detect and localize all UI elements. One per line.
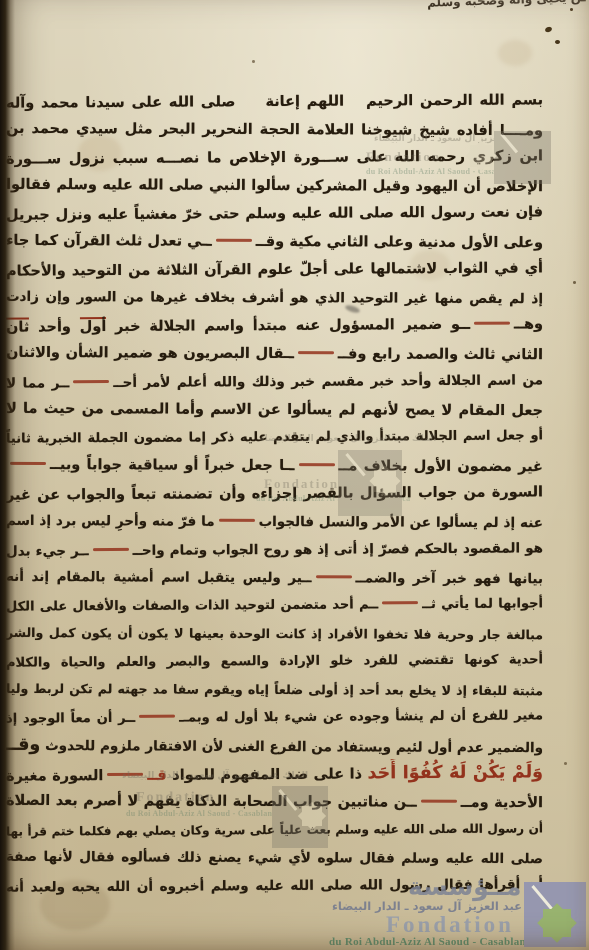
manuscript-line: والضمير عدم أول لئيم ويستفاد من الفرع ال… (6, 731, 543, 761)
red-dash-mark (73, 380, 109, 383)
manuscript-line: هو المقصود بالحكم فصرّ إذ أتى إذ هو روح … (6, 534, 543, 565)
red-dash-mark (298, 351, 334, 354)
text-segment: ذا على ضد المفهوم للمواد (167, 766, 368, 783)
manuscript-line: وَلَمْ يَكُنْ لَهُ كُفُوًا أَحَد ذا على … (6, 758, 543, 789)
red-dash-mark (421, 800, 457, 803)
text-segment: الإخلاص أن اليهود وقيل المشركين سألوا ال… (6, 177, 543, 201)
ink-spot (573, 281, 576, 284)
red-dash-mark (93, 548, 129, 551)
manuscript-line: جعل المقام لا يصح لأنهم لم يسألوا عن الا… (6, 395, 543, 425)
text-segment: صلى الله عليه وسلم فقال سلوه لأي شيء يصن… (6, 849, 543, 873)
red-dash-mark (107, 773, 143, 776)
text-segment: أحدية كونها تقتضي للفرد خلو الإرادة والس… (6, 652, 543, 670)
text-segment: غير مضمون الأول بخلاف مــ (338, 458, 543, 475)
ink-spot (570, 8, 573, 11)
manuscript-line: غير مضمون الأول بخلاف مــــا جعل خبراً أ… (6, 451, 543, 481)
text-segment: مبالغة جار وحرية فلا تخفوا الأفراد إذ كا… (6, 625, 543, 649)
red-dash-mark (474, 322, 510, 325)
fondation-star-icon (543, 909, 571, 937)
red-dash-mark (316, 575, 352, 578)
fondation-wordmark: Fondation (386, 912, 514, 938)
text-segment: وأحد (29, 319, 80, 335)
manuscript-line: أن رسول الله صلى الله عليه وسلم بعث عليا… (6, 814, 543, 845)
manuscript-line: بيانها فهو خبر آخر والضمــــير وليس يتقب… (6, 563, 543, 593)
text-segment: اللهم إعانة (265, 94, 344, 110)
text-segment: وهــ (514, 316, 543, 332)
red-dash-mark (139, 715, 175, 718)
text-segment: فإن نعت رسول الله صلى الله عليه وسلم حتى… (6, 204, 543, 229)
red-dash-mark (382, 601, 418, 604)
paper-stain (498, 40, 532, 66)
manuscript-line: الثاني ثالث والصمد رابع وفــــقال البصري… (6, 339, 543, 369)
text-gap (344, 104, 366, 105)
manuscript-line: فإن نعت رسول الله صلى الله عليه وسلم حتى… (6, 198, 543, 229)
manuscript-line: أن أقرأها فقال رسول الله صلى الله عليه و… (6, 870, 543, 901)
text-segment: أول (80, 317, 107, 335)
manuscript-line: أي في الثواب لاشتمالها على أجلّ علوم الق… (6, 254, 543, 285)
text-segment: وعلى الأول مدنية وعلى الثاني مكية وقــ (256, 234, 543, 251)
manuscript-line: الإخلاص أن اليهود وقيل المشركين سألوا ال… (6, 171, 543, 201)
text-segment: الثاني ثالث والصمد رابع وفــ (338, 346, 543, 363)
text-segment: بيانها فهو خبر آخر والضمــ (356, 570, 544, 587)
manuscript-line: الأحدية ومــــن مناتبين جواب الصحابة الذ… (6, 787, 543, 817)
text-segment: أن أقرأها فقال رسول الله صلى الله عليه و… (6, 876, 543, 901)
manuscript-line: وهــــو ضمير المسؤول عنه مبتدأ واسم الجل… (6, 310, 543, 341)
text-segment: مثبتة للبقاء إذ لا يخلع بعد أحد إذ أولى … (6, 681, 543, 705)
fondation-subtitle: du Roi Abdul-Aziz Al Saoud - Casablanca (329, 936, 537, 948)
manuscript-line: مغير للفرع أن لم ينشأ وجوده عن شيء بلا أ… (6, 702, 543, 733)
header-note: ـن يحيى وآله وصحبه وسلم (427, 0, 586, 10)
red-dash-mark (216, 239, 252, 242)
text-segment: ومــــا أفاده شيخ شيوخنا العلامة الحجة ا… (6, 121, 543, 145)
manuscript-line: ومــــا أفاده شيخ شيوخنا العلامة الحجة ا… (6, 115, 543, 145)
manuscript-line: بسم الله الرحمن الرحيماللهم إعانةصلى الل… (6, 86, 543, 117)
text-segment: السورة من جواب السؤال بالقصر إجزاءه وأن … (6, 484, 543, 509)
ink-spot (252, 60, 255, 63)
red-dash-mark (299, 463, 335, 466)
manuscript-line: صلى الله عليه وسلم فقال سلوه لأي شيء يصن… (6, 843, 543, 873)
text-segment: وَلَمْ يَكُنْ لَهُ كُفُوًا أَحَد (367, 762, 543, 783)
binding-gutter-shadow (0, 0, 15, 950)
text-segment: ــا جعل خبراً أو سياقية جواباً وبيــ (50, 457, 295, 474)
manuscript-line: السورة من جواب السؤال بالقصر إجزاءه وأن … (6, 478, 543, 509)
ink-spot (564, 762, 567, 765)
text-segment: من اسم الجلالة وأحد خبر مقسم خبر وذلك وا… (113, 372, 543, 391)
text-segment: ابن زكري رحمه الله على ســـورة الإخلاص م… (6, 148, 543, 167)
text-segment: عنه إذ لم يسألوا عن الأمر والنسل فالجواب (259, 514, 543, 531)
manuscript-line: وعلى الأول مدنية وعلى الثاني مكية وقــــ… (6, 227, 543, 257)
text-segment: أن رسول الله صلى الله عليه وسلم بعث عليا… (6, 821, 543, 845)
fondation-arabic-line: الملك عبد العزيز آل سعود ـ الدار البيضاء (332, 899, 557, 913)
text-segment: بسم الله الرحمن الرحيم (366, 92, 543, 109)
ink-spot (555, 40, 560, 44)
manuscript-line: مثبتة للبقاء إذ لا يخلع بعد أحد إذ أولى … (6, 675, 543, 705)
manuscript-line: أو جعل اسم الجلالة مبتدأ والذي لم يتقدم … (6, 422, 543, 453)
text-segment: أو جعل اسم الجلالة مبتدأ والذي لم يتقدم … (6, 428, 543, 453)
ink-spot (544, 26, 552, 33)
red-dash-mark (10, 462, 46, 465)
red-dash-mark (219, 519, 255, 522)
manuscript-text-block: بسم الله الرحمن الرحيماللهم إعانةصلى الل… (6, 88, 543, 900)
manuscript-line: مبالغة جار وحرية فلا تخفوا الأفراد إذ كا… (6, 619, 543, 649)
text-segment: مغير للفرع أن لم ينشأ وجوده عن شيء بلا أ… (179, 708, 543, 725)
manuscript-line: من اسم الجلالة وأحد خبر مقسم خبر وذلك وا… (6, 366, 543, 397)
manuscript-line: عنه إذ لم يسألوا عن الأمر والنسل فالجواب… (6, 507, 543, 537)
text-segment: والضمير عدم أول لئيم ويستفاد من الفرع ال… (40, 738, 543, 756)
manuscript-line: إذ لم يقص منها غير التوحيد الذي هو أشرف … (6, 283, 543, 313)
text-segment: هو المقصود بالحكم فصرّ إذ أتى إذ هو روح … (133, 540, 543, 559)
manuscript-page: ـن يحيى وآله وصحبه وسلم بسم الله الرحمن … (0, 0, 589, 950)
text-gap (235, 105, 265, 106)
text-segment: أي في الثواب لاشتمالها على أجلّ علوم الق… (6, 260, 543, 285)
text-segment: أجوابها لما يأتي ثــ (422, 596, 543, 612)
text-segment: الأحدية ومــ (461, 795, 543, 811)
manuscript-line: أجوابها لما يأتي ثــــم أحد متضمن لتوحيد… (6, 590, 543, 621)
manuscript-line: ابن زكري رحمه الله على ســـورة الإخلاص م… (6, 142, 543, 173)
text-segment: إذ لم يقص منها غير التوحيد الذي هو أشرف … (6, 289, 543, 313)
text-segment: جعل المقام لا يصح لأنهم لم يسألوا عن الا… (6, 401, 543, 425)
manuscript-line: أحدية كونها تقتضي للفرد خلو الإرادة والس… (6, 646, 543, 677)
text-segment: ــو ضمير المسؤول عنه مبتدأ واسم الجلالة … (106, 317, 470, 335)
text-segment: قــ (147, 768, 167, 784)
